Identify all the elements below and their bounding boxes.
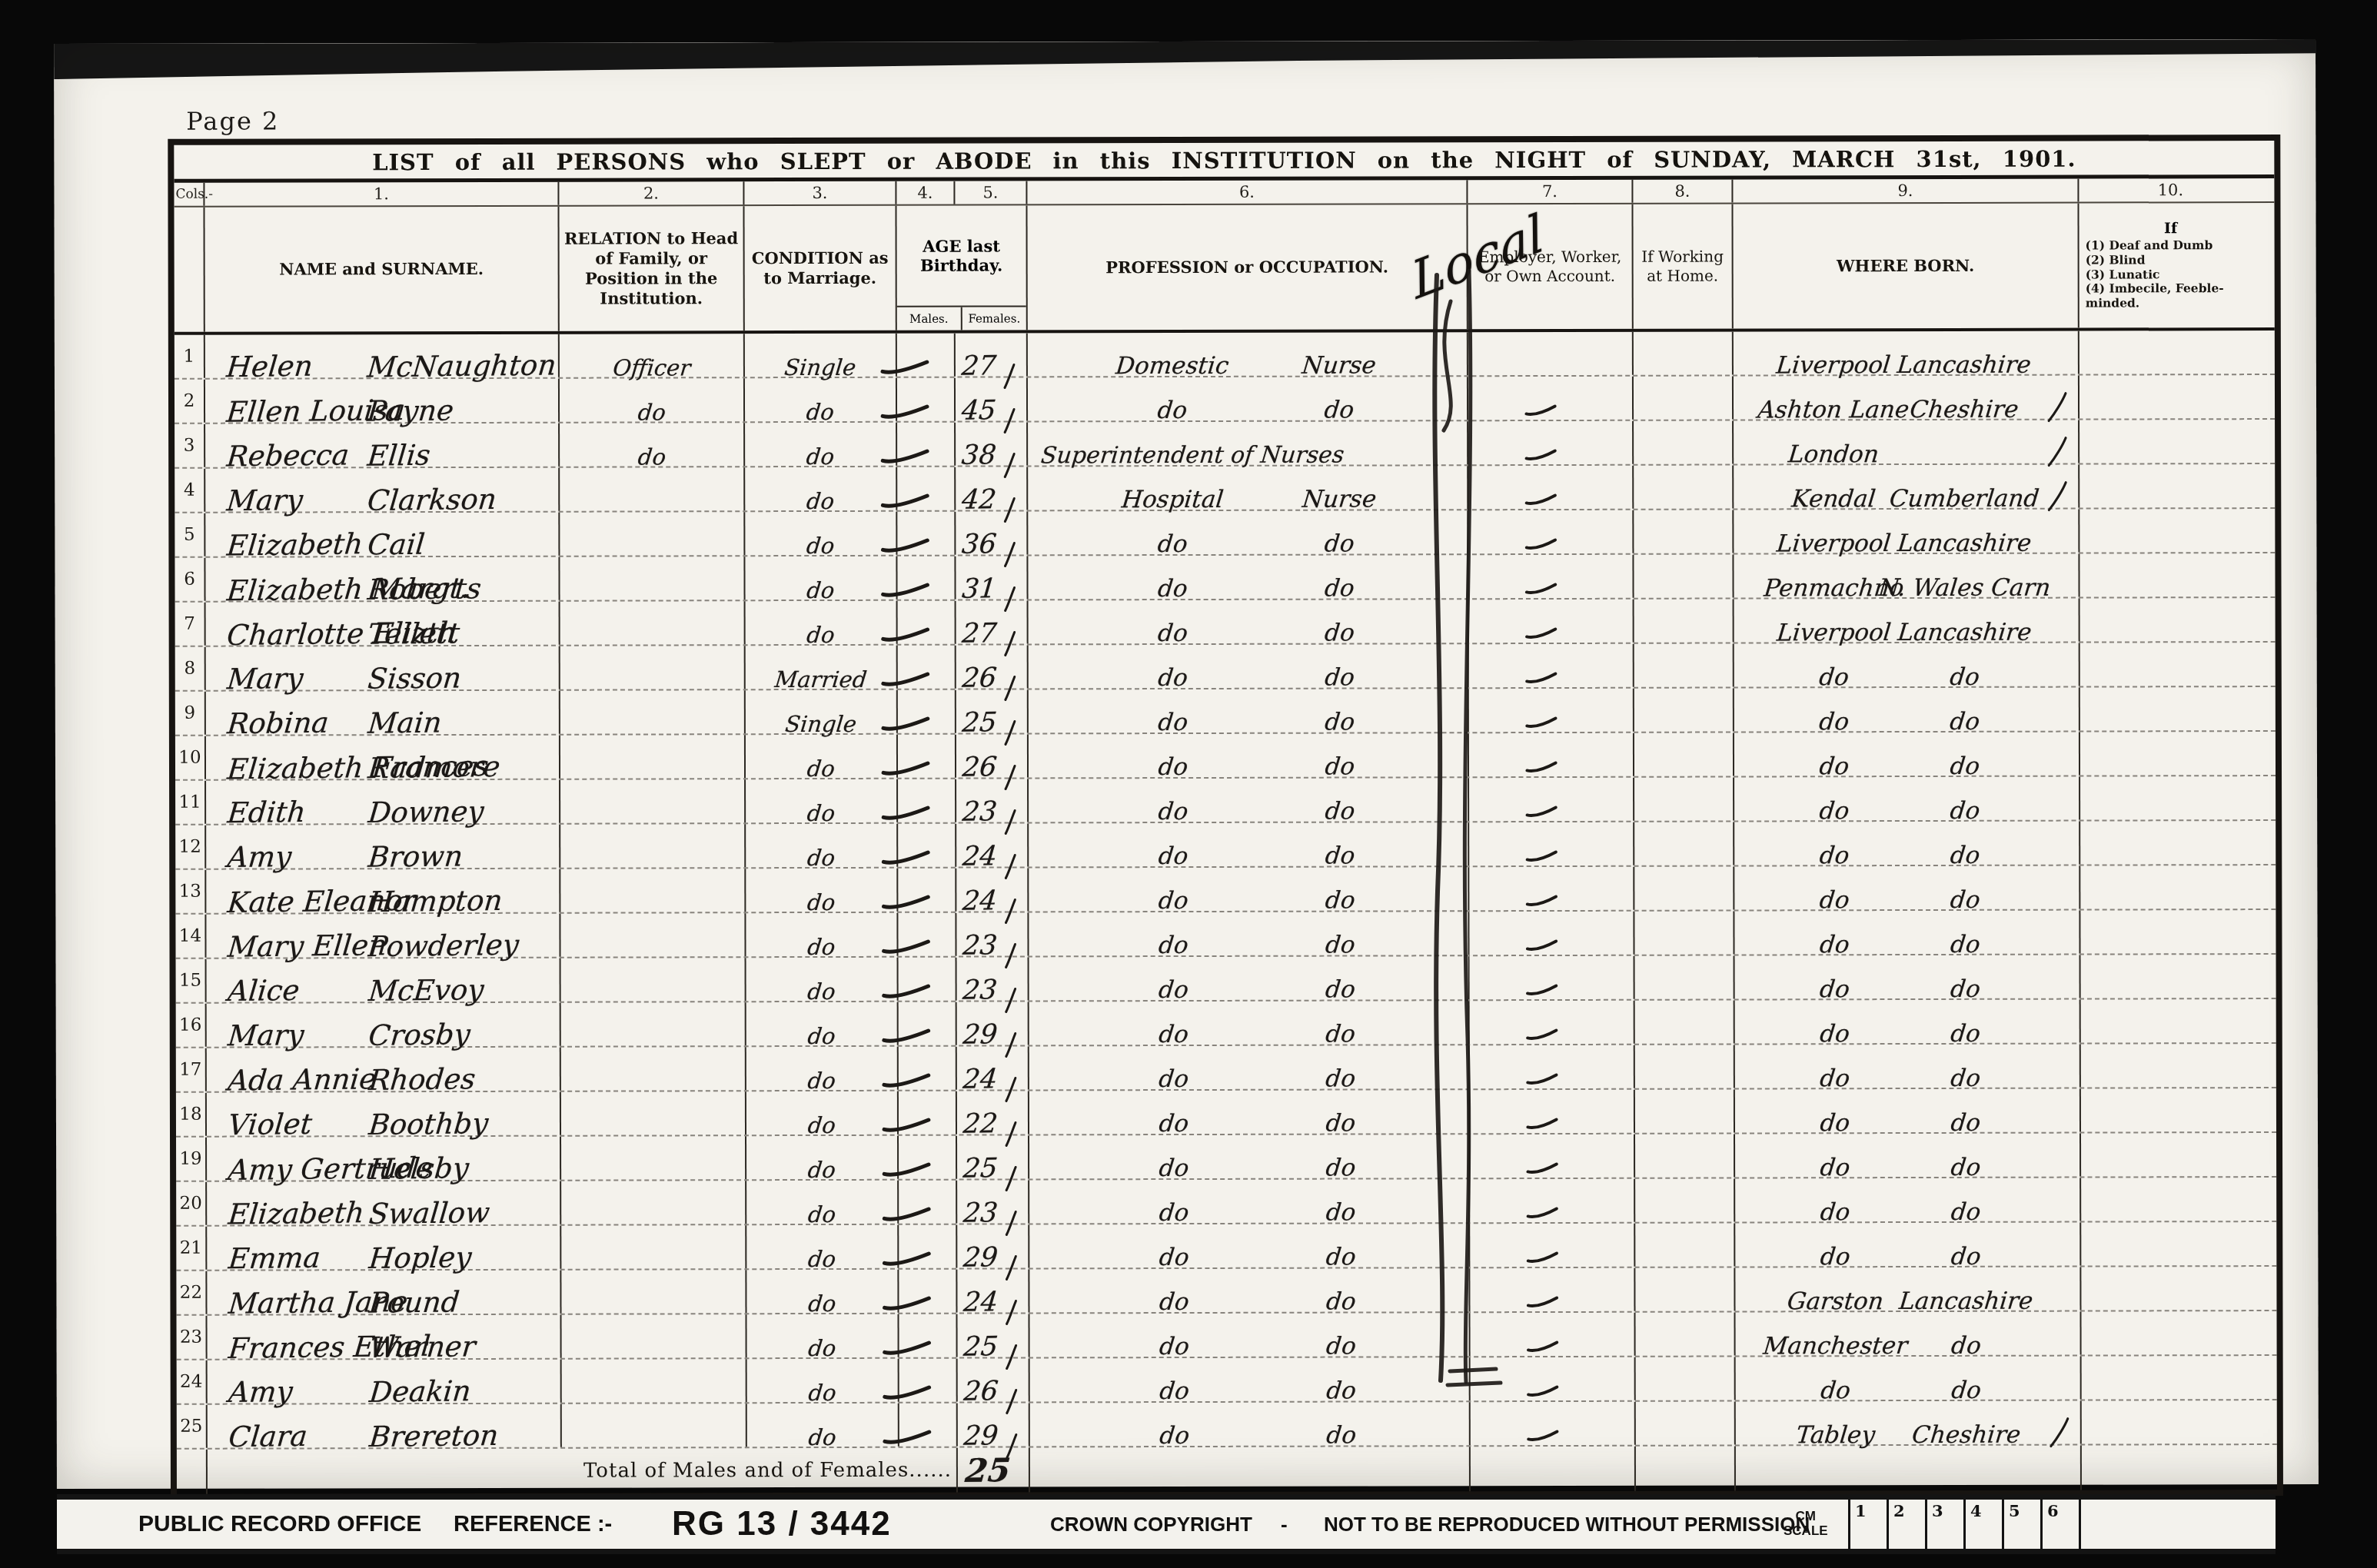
name-cell: ClaraBrereton: [208, 1404, 562, 1448]
where-born-cell: dodo: [1735, 1134, 2081, 1178]
relation-value: Officer: [611, 354, 691, 380]
condition-cell: do: [746, 824, 898, 867]
infirmity-item-1: (1) Deaf and Dumb: [2086, 238, 2256, 253]
age-males-cell: [899, 1314, 957, 1357]
row-number: 4: [184, 480, 195, 500]
condition-value: do: [807, 1380, 838, 1406]
age-females-cell: 24: [957, 1269, 1029, 1312]
name-cell: VioletBoothby: [207, 1092, 561, 1136]
where-born-cell: LiverpoolLancashire: [1734, 510, 2079, 553]
infirmity-cell: [2081, 1178, 2264, 1221]
name-cell: Charlotte ElizthTellett: [206, 602, 560, 646]
condition-value: do: [805, 399, 836, 425]
occupation-cell: dodo: [1029, 956, 1470, 1000]
total-empty-emp: [1471, 1447, 1636, 1491]
infirmity-cell: [2080, 598, 2263, 641]
where-born-cell: KendalCumberland: [1734, 465, 2079, 509]
row-number: 14: [179, 926, 201, 946]
born-place: do: [1818, 842, 1850, 869]
col-number-8: 8.: [1633, 180, 1733, 203]
born-place: Liverpool: [1775, 530, 1892, 557]
occupation-cell: dodo: [1029, 912, 1469, 955]
occupation-value: do: [1158, 887, 1190, 915]
age-males-cell: [899, 1047, 957, 1090]
occupation-value: do: [1158, 1154, 1190, 1182]
row-number-cell: 10: [175, 736, 206, 779]
occupation-ditto: Nurse: [1302, 485, 1378, 513]
table-row: 1HelenMcNaughtonOfficerSingle27DomesticN…: [175, 331, 2275, 380]
infirmity-item-2: (2) Blind: [2086, 253, 2256, 267]
table-row: 25ClaraBreretondo29dodoTableyCheshire: [177, 1400, 2277, 1450]
col-number-4: 4.: [896, 181, 955, 204]
occupation-value: do: [1157, 709, 1189, 736]
working-home-cell: [1635, 1224, 1735, 1267]
condition-value: Single: [784, 711, 858, 737]
name-cell: AmyBrown: [206, 825, 560, 869]
age-males-cell: [897, 512, 956, 555]
employer-cell: [1469, 733, 1634, 776]
infirmity-cell: [2079, 464, 2262, 507]
row-number: 2: [184, 391, 195, 411]
table-row: 5ElizabethCaildo36dodoLiverpoolLancashir…: [175, 509, 2275, 558]
condition-cell: do: [746, 1314, 899, 1357]
scan-edge-shadow: [54, 39, 2315, 79]
row-number: 25: [180, 1417, 202, 1437]
occupation-cell: dodo: [1028, 510, 1468, 554]
infirmity-cell: [2079, 553, 2262, 596]
name-cell: RebeccaEllis: [205, 424, 560, 467]
born-place: London: [1787, 440, 1880, 468]
age-females-cell: 25: [957, 1314, 1029, 1357]
age-females-cell: 38: [956, 422, 1028, 465]
where-born-cell: dodo: [1734, 733, 2080, 776]
where-born-cell: dodo: [1735, 1000, 2081, 1044]
total-empty-occ: [1030, 1447, 1471, 1492]
condition-cell: do: [746, 1225, 899, 1268]
infirmity-cell: [2079, 420, 2262, 463]
occupation-ditto: do: [1324, 709, 1356, 736]
occupation-value: do: [1158, 932, 1190, 959]
table-row: 23Frances EthelWarnerdo25dodoManchesterd…: [177, 1311, 2277, 1360]
scale-number: 4: [1970, 1501, 1982, 1520]
row-number: 15: [179, 971, 201, 991]
employer-cell: [1468, 421, 1634, 464]
condition-cell: do: [746, 1181, 899, 1224]
born-county: do: [1950, 1243, 1982, 1271]
age-males-cell: [897, 423, 956, 466]
relation-cell: [560, 646, 746, 689]
where-born-cell: dodo: [1734, 822, 2080, 865]
table-row: 20ElizabethSwallowdo23dodododo: [176, 1178, 2276, 1227]
employer-cell: [1470, 1134, 1635, 1178]
condition-value: do: [806, 1112, 837, 1138]
where-born-cell: LiverpoolLancashire: [1734, 331, 2079, 375]
condition-value: do: [806, 1023, 837, 1049]
occupation-ditto: do: [1324, 664, 1356, 692]
relation-cell: [562, 1404, 747, 1447]
employer-cell: [1471, 1402, 1636, 1445]
employer-cell: [1468, 377, 1634, 420]
working-home-cell: [1634, 867, 1734, 910]
age-females-cell: 23: [957, 1180, 1029, 1223]
scale-number: 5: [2009, 1501, 2020, 1520]
occupation-cell: dodo: [1029, 1179, 1470, 1223]
age-header-title: AGE last Birthday.: [896, 205, 1026, 305]
row-number: 17: [179, 1060, 201, 1080]
age-females-cell: 23: [956, 779, 1029, 822]
row-number: 16: [179, 1015, 201, 1035]
age-males-cell: [899, 1404, 958, 1447]
row-number-cell: 1: [175, 335, 205, 378]
where-born-cell: Manchesterdo: [1735, 1312, 2081, 1356]
employer-cell: [1468, 466, 1634, 509]
employer-cell: [1470, 1268, 1635, 1311]
age-males-cell: [899, 1091, 957, 1134]
condition-value: do: [806, 889, 837, 915]
relation-cell: [560, 869, 746, 912]
born-county: do: [1950, 1154, 1982, 1181]
working-home-cell: [1635, 1179, 1735, 1222]
scale-number: 6: [2047, 1501, 2059, 1520]
row-number-cell: 8: [175, 647, 206, 690]
relation-cell: [560, 824, 746, 868]
occupation-value: do: [1158, 1110, 1190, 1138]
table-row: 3RebeccaEllisdodo38Superintendent of Nur…: [175, 420, 2275, 469]
row-number-cell: 15: [176, 959, 207, 1002]
born-county: do: [1949, 752, 1981, 780]
occupation-value: do: [1156, 397, 1188, 424]
occupation-cell: DomesticNurse: [1028, 332, 1468, 376]
age-females-cell: 29: [958, 1403, 1030, 1446]
condition-value: do: [806, 1201, 837, 1227]
where-born-cell: TableyCheshire: [1736, 1401, 2082, 1445]
relation-cell: [561, 1091, 746, 1135]
age-males-cell: [898, 824, 956, 867]
age-males-cell: [898, 779, 956, 822]
row-number-cell: 25: [177, 1405, 208, 1448]
row-number: 11: [178, 792, 201, 812]
occupation-cell: dodo: [1029, 778, 1469, 822]
name-cell: Kate EleanorHampton: [206, 869, 560, 913]
occupation-ditto: do: [1324, 798, 1356, 826]
occupation-ditto: do: [1325, 1422, 1358, 1450]
occupation-ditto: do: [1325, 1065, 1357, 1093]
row-number: 13: [179, 882, 201, 902]
condition-header: CONDITION as to Marriage.: [744, 206, 896, 331]
infirmity-cell: [2082, 1356, 2265, 1399]
infirmity-cell: [2079, 375, 2262, 418]
working-home-cell: [1635, 1313, 1735, 1356]
age-males-cell: [897, 334, 956, 377]
table-row: 12AmyBrowndo24dodododo: [175, 821, 2276, 870]
copyright-label: CROWN COPYRIGHT: [1050, 1513, 1252, 1536]
occupation-ditto: do: [1325, 1333, 1358, 1360]
working-home-cell: [1634, 689, 1734, 732]
relation-cell: [561, 1314, 746, 1358]
col-number-3: 3.: [744, 181, 896, 204]
occupation-cell: dodo: [1029, 644, 1469, 688]
reproduction-notice: NOT TO BE REPRODUCED WITHOUT PERMISSION: [1324, 1513, 1810, 1536]
employer-cell: [1470, 1313, 1635, 1356]
occupation-cell: dodo: [1029, 1224, 1470, 1267]
name-cell: Elizabeth Margt.Roberts: [205, 557, 560, 601]
condition-value: do: [805, 443, 836, 470]
condition-cell: do: [746, 779, 898, 822]
age-females-cell: 29: [957, 1224, 1029, 1267]
relation-cell: [560, 512, 745, 556]
condition-value: Married: [773, 666, 868, 693]
infirmity-cell: [2081, 1311, 2264, 1354]
row-number: 20: [180, 1194, 202, 1214]
table-row: 4MaryClarksondo42HospitalNurseKendalCumb…: [175, 464, 2275, 513]
born-place: do: [1820, 1377, 1852, 1404]
row-number: 23: [180, 1327, 202, 1347]
col-number-9: 9.: [1733, 179, 2079, 203]
scale-box-2: 2: [1887, 1500, 1925, 1549]
occupation-cell: dodo: [1030, 1357, 1471, 1401]
row-number: 18: [179, 1105, 201, 1125]
row-number-cell: 11: [175, 781, 206, 824]
occupation-value: do: [1159, 1333, 1191, 1360]
born-county: do: [1950, 1020, 1982, 1048]
born-county: Cheshire: [1911, 1421, 2023, 1449]
occupation-ditto: do: [1325, 842, 1357, 870]
relation-cell: [560, 467, 745, 511]
born-place: do: [1819, 1243, 1851, 1271]
working-home-cell: [1634, 600, 1734, 643]
condition-value: do: [807, 1291, 838, 1317]
where-born-cell: LiverpoolLancashire: [1734, 599, 2080, 643]
employer-cell: [1470, 1001, 1635, 1044]
col-number-6: 6.: [1027, 180, 1468, 204]
condition-value: do: [806, 533, 836, 559]
infirmity-cell: [2080, 865, 2263, 909]
table-row: 16MaryCrosbydo29dodododo: [176, 999, 2276, 1048]
col-number-10: 10.: [2079, 178, 2262, 201]
employer-cell: [1468, 332, 1634, 375]
born-county: Lancashire: [1897, 619, 2033, 646]
born-place: Liverpool: [1776, 619, 1893, 646]
where-born-cell: dodo: [1735, 1223, 2081, 1267]
age-females-cell: 24: [956, 868, 1029, 911]
table-row: 22Martha JanePounddo24dodoGarstonLancash…: [176, 1267, 2276, 1316]
occupation-value: do: [1159, 1288, 1191, 1316]
infirmity-cell: [2082, 1400, 2265, 1443]
row-number: 6: [184, 570, 195, 590]
infirmity-cell: [2080, 821, 2263, 864]
condition-cell: do: [745, 378, 897, 421]
infirmity-cell: [2081, 1088, 2264, 1131]
name-cell: RobinaMain: [206, 691, 560, 735]
reference-label: REFERENCE :-: [454, 1512, 612, 1537]
relation-cell: do: [560, 423, 745, 467]
age-subheader: Males. Females.: [897, 305, 1026, 330]
condition-cell: do: [745, 512, 897, 555]
name-cell: Mary EllenPowderley: [206, 914, 560, 958]
total-row: Total of Males and of Females...... 25: [177, 1445, 2277, 1494]
where-born-cell: Ashton LaneCheshire: [1734, 376, 2079, 420]
scale-number: 1: [1855, 1501, 1867, 1520]
name-given: Amy: [226, 840, 293, 874]
row-number: 5: [184, 525, 195, 545]
age-females-cell: 26: [956, 734, 1029, 777]
working-home-cell: [1634, 555, 1734, 598]
age-males-cell: [899, 1359, 958, 1402]
name-cell: Elizabeth FrancesRadmore: [206, 736, 560, 779]
condition-value: do: [806, 934, 837, 960]
condition-cell: do: [745, 556, 897, 600]
condition-value: do: [806, 577, 836, 603]
occupation-cell: dodo: [1029, 1090, 1470, 1134]
working-home-cell: [1636, 1402, 1736, 1445]
age-males-cell: [897, 467, 956, 510]
age-females-cell: 24: [956, 823, 1029, 866]
scale-ruler: 123456: [1848, 1500, 2081, 1549]
total-value: 25: [964, 1451, 1012, 1490]
row-number-cell: 20: [176, 1182, 207, 1225]
profession-header: PROFESSION or OCCUPATION.: [1027, 204, 1468, 330]
condition-cell: do: [746, 869, 898, 912]
infirmity-header: If (1) Deaf and Dumb (2) Blind (3) Lunat…: [2079, 203, 2262, 327]
infirmity-cell: [2080, 643, 2263, 686]
condition-cell: do: [746, 958, 899, 1001]
total-value-cell: 25: [958, 1447, 1030, 1492]
born-county: do: [1950, 1377, 1983, 1404]
row-number-cell: 5: [175, 513, 205, 556]
age-females-cell: 45: [956, 377, 1028, 420]
born-place: do: [1819, 1154, 1851, 1181]
relation-cell: [561, 1047, 746, 1091]
occupation-cell: dodo: [1028, 377, 1468, 420]
occupation-ditto: do: [1325, 932, 1357, 959]
condition-cell: do: [745, 423, 897, 466]
born-county: do: [1949, 663, 1981, 691]
row-number: 19: [179, 1149, 201, 1169]
occupation-ditto: do: [1325, 1154, 1357, 1182]
condition-cell: Married: [746, 646, 898, 689]
census-table: LIST of all PERSONS who SLEPT or ABODE i…: [168, 135, 2283, 1500]
row-number-cell: 21: [176, 1227, 207, 1270]
condition-cell: do: [746, 601, 898, 644]
infirmity-item-3: (3) Lunatic: [2086, 267, 2256, 282]
condition-value: do: [807, 1424, 838, 1450]
table-row: 21EmmaHopleydo29dodododo: [176, 1222, 2276, 1271]
working-home-cell: [1636, 1357, 1736, 1400]
occupation-cell: dodo: [1030, 1402, 1471, 1446]
born-county: Lancashire: [1897, 530, 2033, 557]
row-number-cell: 14: [175, 915, 206, 958]
census-page: Page 2 LIST of all PERSONS who SLEPT or …: [54, 39, 2319, 1489]
relation-value: do: [637, 443, 667, 470]
where-born-cell: dodo: [1734, 643, 2080, 687]
born-county: do: [1950, 1065, 1982, 1092]
where-born-cell: GarstonLancashire: [1735, 1267, 2081, 1311]
total-empty-born: [1736, 1446, 2082, 1491]
occupation-value: do: [1159, 1377, 1191, 1405]
reference-value: RG 13 / 3442: [672, 1505, 892, 1543]
row-number-cell: 17: [176, 1048, 207, 1091]
condition-value: do: [807, 1246, 838, 1272]
table-row: 15AliceMcEvoydo23dodododo: [176, 955, 2276, 1004]
row-number: 7: [184, 614, 195, 634]
occupation-ditto: do: [1325, 887, 1357, 915]
born-county: do: [1950, 975, 1982, 1003]
age-males-cell: [899, 1225, 957, 1268]
page-number-label: Page 2: [186, 106, 279, 135]
age-females-cell: 29: [957, 1002, 1029, 1045]
working-home-cell: [1635, 1090, 1735, 1133]
employer-cell: [1469, 867, 1634, 910]
condition-cell: do: [746, 1091, 899, 1134]
total-empty-infirm: [2082, 1445, 2265, 1490]
condition-cell: do: [746, 913, 898, 956]
table-row: 10Elizabeth FrancesRadmoredo26dodododo: [175, 732, 2276, 781]
born-place: do: [1818, 708, 1850, 736]
age-males-header: Males.: [897, 307, 962, 331]
born-county: do: [1949, 886, 1981, 914]
occupation-value: do: [1158, 1065, 1190, 1093]
scan-background: Page 2 LIST of all PERSONS who SLEPT or …: [0, 0, 2377, 1568]
table-row: 24AmyDeakindo26dodododo: [177, 1356, 2277, 1405]
working-home-cell: [1634, 421, 1734, 464]
born-place: Manchester: [1762, 1332, 1909, 1360]
occupation-ditto: do: [1324, 620, 1356, 647]
condition-value: do: [806, 1157, 837, 1183]
occupation-value: do: [1158, 976, 1190, 1004]
infirmity-cell: [2080, 687, 2263, 730]
age-females-cell: 24: [957, 1046, 1029, 1089]
occupation-value: do: [1159, 1244, 1191, 1271]
born-place: do: [1818, 975, 1850, 1003]
name-cell: ElizabethCail: [205, 513, 560, 556]
scale-number: 2: [1893, 1501, 1905, 1520]
age-females-cell: 23: [956, 912, 1029, 955]
relation-cell: [561, 1270, 746, 1314]
occupation-ditto: do: [1325, 1244, 1358, 1271]
name-cell: ElizabethSwallow: [207, 1181, 561, 1225]
working-home-cell: [1634, 377, 1734, 420]
working-home-cell: [1634, 510, 1734, 553]
scale-box-4: 4: [1963, 1500, 2002, 1549]
row-number-cell: 13: [175, 870, 206, 913]
occupation-cell: dodo: [1028, 555, 1468, 599]
born-place: Ashton Lane: [1757, 396, 1910, 424]
cm-scale-label: CMSCALE: [1784, 1510, 1828, 1538]
age-males-cell: [899, 1181, 957, 1224]
born-county: do: [1950, 1332, 1983, 1360]
scale-box-6: 6: [2040, 1500, 2081, 1549]
name-cell: Amy GertrudeHelsby: [207, 1137, 561, 1181]
row-number-cell: 19: [176, 1138, 207, 1181]
row-number: 3: [184, 436, 195, 456]
condition-cell: do: [746, 1136, 899, 1179]
employer-cell: [1468, 510, 1634, 553]
occupation-value: do: [1159, 1199, 1191, 1227]
condition-value: do: [806, 622, 836, 648]
occupation-cell: dodo: [1029, 867, 1469, 911]
born-county: do: [1949, 842, 1981, 869]
born-county: do: [1950, 1198, 1982, 1226]
age-males-cell: [899, 1136, 957, 1179]
infirmity-cell: [2081, 1044, 2264, 1087]
born-county: do: [1950, 1109, 1982, 1137]
occupation-cell: dodo: [1029, 689, 1469, 733]
born-place: do: [1818, 886, 1850, 914]
occupation-ditto: do: [1325, 1288, 1358, 1316]
col-number-5: 5.: [955, 181, 1027, 204]
condition-value: do: [806, 1068, 837, 1094]
relation-cell: [561, 1225, 746, 1269]
